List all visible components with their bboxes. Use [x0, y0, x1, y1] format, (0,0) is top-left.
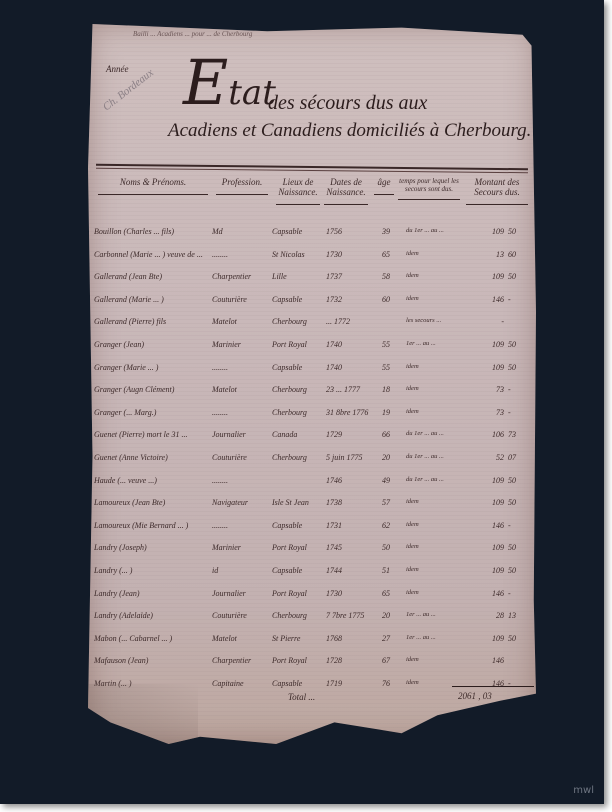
cell-sols: 73 — [508, 430, 530, 439]
table-row: Guenet (Pierre) mort le 31 ...Journalier… — [94, 427, 532, 450]
cell-place: Port Royal — [272, 656, 322, 665]
cell-time: idem — [406, 589, 484, 596]
table-row: Landry (Joseph)MarinierPort Royal174550i… — [94, 540, 532, 563]
cell-livres: 109 — [482, 498, 504, 507]
cell-profession: id — [212, 566, 267, 575]
cell-time: 1er ... au ... — [406, 340, 484, 347]
cell-place: Capsable — [272, 566, 322, 575]
cell-name: Lamoureux (Mie Bernard ... ) — [94, 521, 209, 530]
cell-date: 7 7bre 1775 — [326, 611, 376, 620]
cell-place: Cherbourg — [272, 385, 322, 394]
table-row: Granger (... Marg.)........Cherbourg31 8… — [94, 405, 532, 428]
total-label: Total ... — [288, 692, 315, 702]
cell-date: 1729 — [326, 430, 376, 439]
cell-sols: 50 — [508, 566, 530, 575]
title-line-1: des sécours dus aux — [268, 92, 427, 115]
cell-profession: Journalier — [212, 430, 267, 439]
cell-sols: 50 — [508, 634, 530, 643]
cell-name: Mafauson (Jean) — [94, 656, 209, 665]
cell-age: 18 — [382, 385, 402, 394]
cell-profession: Couturière — [212, 453, 267, 462]
cell-date: 1730 — [326, 250, 376, 259]
table-row: Landry (Adelaïde)CouturièreCherbourg7 7b… — [94, 608, 532, 631]
table-row: Mafauson (Jean)CharpentierPort Royal1728… — [94, 653, 532, 676]
table-row: Gallerand (Jean Bte)CharpentierLille1737… — [94, 269, 532, 292]
cell-age: 62 — [382, 521, 402, 530]
cell-time: idem — [406, 543, 484, 550]
header-date: Dates de Naissance. — [324, 178, 368, 205]
cell-place: Cherbourg — [272, 453, 322, 462]
cell-age: 66 — [382, 430, 402, 439]
cell-profession: Charpentier — [212, 656, 267, 665]
cell-name: Granger (... Marg.) — [94, 408, 209, 417]
cell-name: Gallerand (Jean Bte) — [94, 272, 209, 281]
paper-fold — [88, 684, 198, 744]
cell-profession: ........ — [212, 476, 267, 485]
cell-livres: 109 — [482, 543, 504, 552]
cell-time: idem — [406, 272, 484, 279]
cell-date: 1719 — [326, 679, 376, 688]
cell-name: Granger (Augn Clément) — [94, 385, 209, 394]
cell-time: du 1er ... au ... — [406, 430, 484, 437]
cell-age: 27 — [382, 634, 402, 643]
cell-profession: ........ — [212, 363, 267, 372]
cell-time: 1er ... au ... — [406, 634, 484, 641]
cell-date: 1740 — [326, 340, 376, 349]
cell-profession: Navigateur — [212, 498, 267, 507]
header-time: temps pour lequel les secours sont dus. — [398, 178, 460, 200]
cell-name: Haude (... veuve ...) — [94, 476, 209, 485]
cell-date: ... 1772 — [326, 317, 376, 326]
cell-sols: 50 — [508, 476, 530, 485]
cell-place: Capsable — [272, 363, 322, 372]
cell-age: 20 — [382, 453, 402, 462]
header-age: âge — [374, 178, 394, 195]
cell-livres: 52 — [482, 453, 504, 462]
cell-name: Bouillon (Charles ... fils) — [94, 227, 209, 236]
cell-sols: - — [508, 295, 530, 304]
cell-livres: 146 — [482, 521, 504, 530]
cell-profession: Marinier — [212, 543, 267, 552]
cell-livres: 109 — [482, 634, 504, 643]
cell-place: Capsable — [272, 521, 322, 530]
cell-date: 1728 — [326, 656, 376, 665]
cell-place: Capsable — [272, 227, 322, 236]
cell-age: 50 — [382, 543, 402, 552]
cell-time: du 1er ... au ... — [406, 453, 484, 460]
table-row: Guenet (Anne Victoire)CouturièreCherbour… — [94, 450, 532, 473]
cell-age: 49 — [382, 476, 402, 485]
cell-livres: 146 — [482, 589, 504, 598]
table-row: Carbonnel (Marie ... ) veuve de ........… — [94, 247, 532, 270]
table-row: Mabon (... Cabarnel ... )MatelotSt Pierr… — [94, 631, 532, 654]
cell-name: Landry (Jean) — [94, 589, 209, 598]
cell-profession: Marinier — [212, 340, 267, 349]
cell-livres: 73 — [482, 385, 504, 394]
cell-age: 67 — [382, 656, 402, 665]
cell-place: St Pierre — [272, 634, 322, 643]
cell-profession: Capitaine — [212, 679, 267, 688]
cell-age: 60 — [382, 295, 402, 304]
cell-date: 1738 — [326, 498, 376, 507]
cell-name: Granger (Jean) — [94, 340, 209, 349]
cell-place: Cherbourg — [272, 408, 322, 417]
cell-sols: 50 — [508, 498, 530, 507]
cell-date: 1740 — [326, 363, 376, 372]
cell-livres: 106 — [482, 430, 504, 439]
table-row: Haude (... veuve ...)........174649du 1e… — [94, 473, 532, 496]
cell-place: Port Royal — [272, 543, 322, 552]
table-row: Granger (Marie ... )........Capsable1740… — [94, 360, 532, 383]
cell-livres: 109 — [482, 476, 504, 485]
title-line-2: Acadiens et Canadiens domiciliés à Cherb… — [168, 120, 531, 142]
cell-age: 65 — [382, 250, 402, 259]
cell-place: St Nicolas — [272, 250, 322, 259]
cell-livres: 13 — [482, 250, 504, 259]
cell-place: Port Royal — [272, 589, 322, 598]
cell-place: Cherbourg — [272, 317, 322, 326]
cell-profession: ........ — [212, 521, 267, 530]
cell-age: 58 — [382, 272, 402, 281]
cell-profession: Matelot — [212, 385, 267, 394]
cell-sols: - — [508, 385, 530, 394]
cell-name: Mabon (... Cabarnel ... ) — [94, 634, 209, 643]
cell-sols: 07 — [508, 453, 530, 462]
cell-age: 65 — [382, 589, 402, 598]
cell-age: 51 — [382, 566, 402, 575]
cell-name: Landry (Joseph) — [94, 543, 209, 552]
cell-livres: 109 — [482, 340, 504, 349]
cell-sols: 50 — [508, 340, 530, 349]
cell-profession: Couturière — [212, 295, 267, 304]
cell-age: 55 — [382, 363, 402, 372]
cell-age: 76 — [382, 679, 402, 688]
watermark: mwl — [573, 785, 594, 796]
cell-date: 5 juin 1775 — [326, 453, 376, 462]
table-row: Gallerand (Pierre) filsMatelotCherbourg.… — [94, 314, 532, 337]
cell-name: Landry (Adelaïde) — [94, 611, 209, 620]
table-row: Landry (Jean)JournalierPort Royal173065i… — [94, 586, 532, 609]
cell-date: 1746 — [326, 476, 376, 485]
cell-profession: Matelot — [212, 634, 267, 643]
cell-place: Capsable — [272, 295, 322, 304]
cell-profession: ........ — [212, 408, 267, 417]
cell-sols: 50 — [508, 227, 530, 236]
cell-time: idem — [406, 498, 484, 505]
cell-name: Guenet (Anne Victoire) — [94, 453, 209, 462]
cell-time: idem — [406, 566, 484, 573]
cell-name: Lamoureux (Jean Bte) — [94, 498, 209, 507]
cell-name: Gallerand (Marie ... ) — [94, 295, 209, 304]
annee-label: Année — [106, 64, 129, 74]
cell-name: Carbonnel (Marie ... ) veuve de ... — [94, 250, 209, 259]
cell-date: 1768 — [326, 634, 376, 643]
table-row: Landry (... )idCapsable174451idem10950 — [94, 563, 532, 586]
cell-time: du 1er ... au ... — [406, 476, 484, 483]
top-note: Bailli ... Acadiens ... pour ... de Cher… — [133, 30, 252, 38]
header-name: Noms & Prénoms. — [98, 178, 208, 195]
cell-time: du 1er ... au ... — [406, 227, 484, 234]
cell-time: 1er ... au ... — [406, 611, 484, 618]
cell-sols: 50 — [508, 272, 530, 281]
cell-date: 1756 — [326, 227, 376, 236]
total-rule — [452, 686, 534, 687]
header-place: Lieux de Naissance. — [276, 178, 320, 205]
cell-name: Guenet (Pierre) mort le 31 ... — [94, 430, 209, 439]
cell-time: idem — [406, 385, 484, 392]
table-row: Lamoureux (Jean Bte)NavigateurIsle St Je… — [94, 495, 532, 518]
cell-date: 1744 — [326, 566, 376, 575]
cell-time: idem — [406, 656, 484, 663]
cell-age: 19 — [382, 408, 402, 417]
cell-time: idem — [406, 295, 484, 302]
cell-time: idem — [406, 408, 484, 415]
cell-profession: Charpentier — [212, 272, 267, 281]
table-row: Granger (Jean)MarinierPort Royal1740551e… — [94, 337, 532, 360]
title-initial: Etat — [183, 52, 276, 114]
cell-sols: 60 — [508, 250, 530, 259]
table-row: Gallerand (Marie ... )CouturièreCapsable… — [94, 292, 532, 315]
table-header: Noms & Prénoms. Profession. Lieux de Nai… — [98, 174, 528, 224]
cell-livres: 146 — [482, 656, 504, 665]
cell-place: Lille — [272, 272, 322, 281]
cell-date: 1731 — [326, 521, 376, 530]
cell-place: Capsable — [272, 679, 322, 688]
cell-livres: 28 — [482, 611, 504, 620]
cell-age: 20 — [382, 611, 402, 620]
cell-name: Gallerand (Pierre) fils — [94, 317, 209, 326]
cell-date: 1730 — [326, 589, 376, 598]
cell-livres: 73 — [482, 408, 504, 417]
cell-sols: - — [508, 521, 530, 530]
cell-livres: 146 — [482, 295, 504, 304]
cell-livres: 109 — [482, 363, 504, 372]
cell-place: Port Royal — [272, 340, 322, 349]
cell-sols: 13 — [508, 611, 530, 620]
cell-date: 1732 — [326, 295, 376, 304]
cell-age: 39 — [382, 227, 402, 236]
cell-name: Landry (... ) — [94, 566, 209, 575]
cell-livres: 109 — [482, 566, 504, 575]
cell-profession: Couturière — [212, 611, 267, 620]
photo-frame: Bailli ... Acadiens ... pour ... de Cher… — [0, 0, 604, 804]
header-profession: Profession. — [216, 178, 268, 195]
cell-sols: 50 — [508, 363, 530, 372]
cell-profession: Md — [212, 227, 267, 236]
cell-date: 1737 — [326, 272, 376, 281]
cell-time: les secours ... — [406, 317, 484, 324]
cell-place: Isle St Jean — [272, 498, 322, 507]
total-value: 2061 , 03 — [458, 691, 492, 701]
cell-profession: ........ — [212, 250, 267, 259]
cell-date: 23 ... 1777 — [326, 385, 376, 394]
header-amount: Montant des Secours dus. — [466, 178, 528, 205]
cell-time: idem — [406, 363, 484, 370]
manuscript-page: Bailli ... Acadiens ... pour ... de Cher… — [88, 24, 536, 744]
cell-name: Granger (Marie ... ) — [94, 363, 209, 372]
cell-sols: 50 — [508, 543, 530, 552]
cell-place: Canada — [272, 430, 322, 439]
cell-age: 57 — [382, 498, 402, 507]
cell-livres: 109 — [482, 227, 504, 236]
cell-time: idem — [406, 521, 484, 528]
cell-profession: Matelot — [212, 317, 267, 326]
cell-sols: - — [508, 589, 530, 598]
cell-livres: 109 — [482, 272, 504, 281]
cell-date: 1745 — [326, 543, 376, 552]
cell-profession: Journalier — [212, 589, 267, 598]
cell-place: Cherbourg — [272, 611, 322, 620]
cell-date: 31 8bre 1776 — [326, 408, 376, 417]
table-row: Bouillon (Charles ... fils)MdCapsable175… — [94, 224, 532, 247]
cell-age: 55 — [382, 340, 402, 349]
cell-time: idem — [406, 250, 484, 257]
cell-time: idem — [406, 679, 484, 686]
table-row: Granger (Augn Clément)MatelotCherbourg23… — [94, 382, 532, 405]
register-rows: Bouillon (Charles ... fils)MdCapsable175… — [94, 224, 532, 698]
table-row: Lamoureux (Mie Bernard ... )........Caps… — [94, 518, 532, 541]
cell-sols: - — [508, 408, 530, 417]
cell-livres: - — [482, 317, 504, 326]
